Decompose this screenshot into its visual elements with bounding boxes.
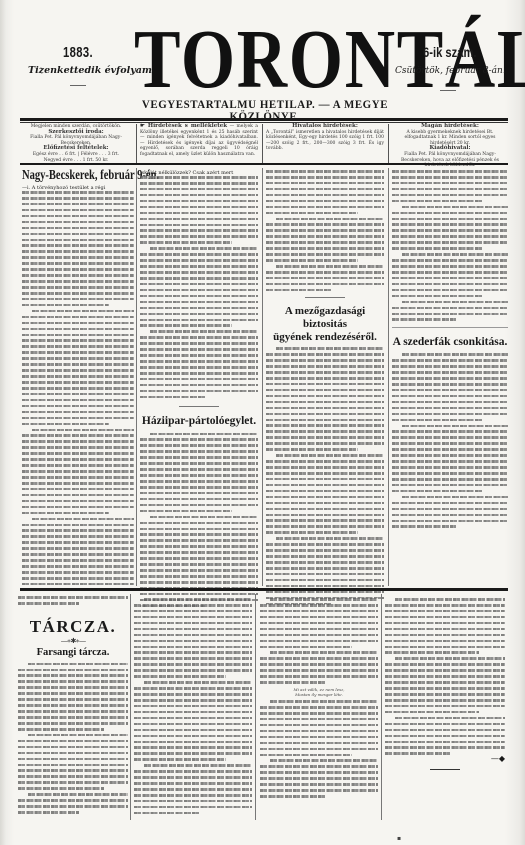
text-line [266, 419, 384, 422]
text-line [402, 425, 508, 428]
text-line [260, 748, 378, 751]
text-line [392, 419, 482, 422]
text-line [140, 444, 258, 447]
text-line [18, 674, 128, 677]
text-line [266, 555, 384, 558]
text-line [134, 699, 252, 702]
text-line [266, 531, 358, 534]
text-line [266, 212, 358, 215]
text-line [385, 640, 505, 643]
text-line [140, 390, 258, 393]
text-line [140, 188, 258, 191]
text-line [392, 520, 508, 523]
text-line [140, 307, 258, 310]
text-line [392, 289, 508, 292]
text-line [260, 765, 378, 768]
text-line [22, 334, 134, 337]
text-line [392, 401, 508, 404]
text-line [18, 686, 128, 689]
text-line [260, 789, 378, 792]
notice-text: — melyek a Közlöny illetékei egyenként 1… [140, 124, 258, 157]
text-line [266, 448, 358, 451]
text-line [266, 200, 384, 203]
text-line [266, 247, 384, 250]
text-line [18, 787, 104, 790]
text-line [22, 417, 134, 420]
text-line [385, 622, 505, 625]
ornament-dash [440, 90, 456, 91]
text-line [266, 413, 384, 416]
text-line [266, 359, 384, 362]
notice-text: Egész évre . . 6 frt. | Félévre . . . 3 … [20, 152, 132, 158]
text-line [144, 681, 252, 684]
column-divider [388, 124, 389, 164]
text-line [22, 351, 134, 354]
text-line [270, 700, 378, 703]
text-line [392, 454, 508, 457]
text-line [266, 525, 384, 528]
text-line [18, 704, 128, 707]
text-line [140, 319, 258, 322]
text-line [22, 440, 134, 443]
text-line [392, 389, 508, 392]
column-divider [388, 168, 389, 586]
text-line [32, 518, 134, 521]
text-line [22, 500, 134, 503]
text-line [134, 782, 252, 785]
text-line [392, 436, 508, 439]
text-line [392, 277, 508, 280]
text-line [18, 758, 128, 761]
verse: Mi azt válik, ez nem lesz, Mostan ily me… [260, 687, 378, 697]
text-line [260, 669, 378, 672]
text-line [266, 591, 384, 594]
text-line [266, 283, 384, 286]
text-line [392, 460, 508, 463]
text-line [140, 569, 258, 572]
text-line [266, 241, 384, 244]
text-line [134, 741, 252, 744]
text-line [140, 241, 232, 244]
text-line [22, 399, 134, 402]
text-line [22, 233, 134, 236]
text-line [134, 735, 252, 738]
feuilleton-column-1: TÁRCZA. —∗✱∗— Farsangi tárcza. [18, 596, 128, 817]
text-line [266, 490, 384, 493]
text-line [392, 448, 508, 451]
text-line [276, 537, 384, 540]
text-line [140, 206, 258, 209]
text-line [22, 322, 134, 325]
text-line [266, 188, 384, 191]
notice-heading: Előfizetési feltételek: [43, 145, 108, 151]
article-body [266, 170, 384, 291]
text-line [276, 347, 384, 350]
text-line [22, 577, 134, 580]
text-line [140, 372, 258, 375]
feuilleton-title: TÁRCZA. [18, 617, 128, 637]
text-line [134, 776, 252, 779]
text-line [22, 583, 134, 586]
text-line [392, 377, 508, 380]
text-line [140, 277, 258, 280]
text-line [266, 436, 384, 439]
text-line [18, 781, 128, 784]
text-line [266, 194, 384, 197]
text-line [22, 369, 134, 372]
text-line [22, 494, 134, 497]
column-divider [262, 124, 263, 164]
text-line [266, 206, 384, 209]
article-column-4: A szederfák csonkitása. [392, 170, 508, 531]
text-line [266, 496, 384, 499]
text-line [392, 259, 508, 262]
text-line [260, 771, 378, 774]
text-line [22, 458, 134, 461]
text-line [392, 383, 508, 386]
text-line [392, 235, 508, 238]
text-line [134, 616, 252, 619]
text-line [150, 330, 258, 333]
text-line [392, 283, 508, 286]
text-line [385, 687, 505, 690]
article-body [18, 596, 128, 605]
text-line [385, 741, 505, 744]
text-line [140, 283, 258, 286]
text-line [140, 342, 258, 345]
text-line [266, 371, 384, 374]
text-line [32, 429, 134, 432]
text-line [134, 687, 252, 690]
text-line [134, 646, 252, 649]
text-line [266, 271, 384, 274]
text-line [134, 669, 252, 672]
text-line [134, 758, 226, 761]
text-line [260, 622, 378, 625]
text-line [266, 424, 384, 427]
text-line [392, 472, 508, 475]
text-line [392, 307, 508, 310]
text-line [22, 292, 134, 295]
text-line [260, 675, 378, 678]
text-line [266, 502, 384, 505]
text-line [18, 769, 128, 772]
text-line [18, 716, 128, 719]
text-line [22, 571, 134, 574]
text-line [140, 545, 258, 548]
text-line [385, 711, 479, 714]
text-line [392, 365, 508, 368]
text-line [140, 593, 258, 596]
text-line [140, 235, 258, 238]
text-line [18, 669, 128, 672]
text-line [140, 354, 258, 357]
text-line [260, 646, 352, 649]
text-line [266, 543, 384, 546]
text-line [140, 522, 258, 525]
text-line [266, 253, 384, 256]
text-line [22, 203, 134, 206]
text-line [134, 812, 199, 815]
text-line [260, 777, 378, 780]
text-line [140, 474, 258, 477]
text-line [385, 693, 505, 696]
text-line [266, 561, 384, 564]
notice-heading: Magán hirdetések: [421, 123, 479, 129]
text-line [140, 224, 258, 227]
text-line [22, 482, 134, 485]
text-line [266, 235, 384, 238]
text-line [22, 345, 134, 348]
text-line [385, 604, 505, 607]
text-line [260, 724, 378, 727]
text-line [385, 634, 505, 637]
text-line [140, 265, 258, 268]
newspaper-page: 1883. Tizenkettedik évfolyam. TORONTÁL. … [0, 0, 525, 845]
text-line [22, 244, 134, 247]
text-line [22, 547, 134, 550]
notice-text: Fialla Pet. Pál könyvnyomdájában Nagy-Be… [392, 152, 508, 169]
text-line [266, 389, 384, 392]
text-line [22, 529, 134, 532]
text-line [392, 371, 508, 374]
text-line [385, 616, 505, 619]
text-line [385, 735, 505, 738]
text-line [18, 775, 128, 778]
text-line [22, 381, 134, 384]
text-line [140, 360, 258, 363]
text-line [385, 651, 479, 654]
text-line [266, 478, 384, 481]
text-line [392, 313, 508, 316]
text-line [22, 405, 134, 408]
text-line [134, 711, 252, 714]
text-line [270, 598, 378, 601]
text-line [266, 579, 384, 582]
text-line [266, 407, 384, 410]
text-line [22, 328, 134, 331]
text-line [260, 754, 352, 757]
text-line [266, 395, 384, 398]
text-line [18, 722, 128, 725]
notice-official: Hivatalos hirdetések: A „Torontál” ismer… [266, 124, 384, 152]
text-line [385, 699, 505, 702]
text-line [18, 680, 128, 683]
text-line [134, 770, 252, 773]
text-line [392, 176, 508, 179]
text-line [134, 628, 252, 631]
text-line [392, 218, 508, 221]
text-line [22, 256, 134, 259]
text-line [22, 375, 134, 378]
article-body [260, 700, 378, 798]
text-line [392, 194, 508, 197]
notice-heading: Hivatalos hirdetések: [292, 123, 358, 129]
separator [179, 406, 219, 407]
section-heading: A mezőgazdasági biztositás ügyének rende… [266, 305, 384, 343]
text-line [402, 253, 508, 256]
text-line [22, 535, 134, 538]
text-line [260, 657, 378, 660]
text-line [276, 218, 384, 221]
text-line [134, 800, 252, 803]
text-line [266, 289, 331, 292]
article-body [140, 176, 258, 398]
text-line [140, 438, 258, 441]
text-line [260, 783, 378, 786]
text-line [150, 247, 258, 250]
text-line [260, 706, 378, 709]
text-line [28, 734, 128, 737]
text-line [18, 799, 128, 802]
text-line [392, 229, 508, 232]
text-line [32, 310, 134, 313]
text-line [140, 200, 258, 203]
end-mark: —◆ [385, 754, 505, 763]
text-line [402, 353, 508, 356]
text-line [392, 247, 482, 250]
text-line [134, 729, 252, 732]
text-line [266, 460, 384, 463]
issue-date: Csütörtök, február 8-án. [395, 66, 506, 76]
text-line [22, 304, 109, 307]
text-line [22, 387, 134, 390]
text-line [260, 628, 378, 631]
issue-number: 6-ik szám. [423, 44, 477, 60]
text-line [392, 188, 508, 191]
text-line [266, 277, 384, 280]
text-line [392, 395, 508, 398]
column-divider [136, 124, 137, 164]
text-line [260, 663, 378, 666]
text-line [22, 470, 134, 473]
ornament-dash [70, 85, 86, 86]
text-line [22, 339, 134, 342]
article-column-2: iskolát nélkülözzek? Csak azért mert Ház… [140, 170, 258, 611]
text-line [22, 316, 134, 319]
text-line [385, 675, 505, 678]
text-line [140, 528, 258, 531]
text-line [22, 524, 134, 527]
text-line [150, 516, 258, 519]
article-body [134, 598, 252, 814]
text-line [266, 223, 384, 226]
text-line [140, 498, 258, 501]
section-heading: Háziipar-pártolóegylet. [140, 415, 258, 428]
text-line [266, 430, 384, 433]
notice-text: A kisebb gyermekeknek hirdetései Bt. elf… [392, 130, 508, 147]
article-body [385, 598, 505, 755]
section-heading-line: ügyének rendezéséről. [266, 331, 384, 344]
text-line [134, 794, 252, 797]
closing-rule [430, 769, 460, 770]
separator [305, 297, 345, 298]
text-line [392, 223, 508, 226]
text-line [266, 466, 384, 469]
text-line [140, 229, 258, 232]
text-line [134, 675, 226, 678]
notice-subscription: Megjelen minden szerdán, csütörtökön. Sz… [20, 124, 132, 163]
text-line [22, 476, 134, 479]
text-line [140, 492, 258, 495]
text-line [266, 229, 384, 232]
text-line [402, 301, 508, 304]
feuilleton-column-2 [134, 598, 252, 818]
text-line [140, 563, 258, 566]
text-line [402, 206, 508, 209]
notice-heading: Hirdetések s mellékletek [148, 123, 227, 129]
text-line [140, 486, 258, 489]
notice-heading: Kiadóhivatal: [429, 145, 470, 151]
text-line [392, 212, 508, 215]
text-line [22, 393, 134, 396]
text-line [140, 450, 258, 453]
column-divider [381, 594, 382, 820]
text-line [260, 718, 378, 721]
text-line [140, 510, 232, 513]
text-line [392, 478, 508, 481]
text-line [134, 640, 252, 643]
text-line [140, 468, 258, 471]
text-line [18, 728, 104, 731]
text-line [260, 712, 378, 715]
text-line [140, 551, 258, 554]
text-line [28, 793, 128, 796]
article-column-3: A mezőgazdasági biztositás ügyének rende… [266, 170, 384, 609]
text-line [134, 634, 252, 637]
text-line [392, 484, 508, 487]
text-line [260, 616, 378, 619]
text-line [140, 575, 258, 578]
text-line [22, 446, 134, 449]
text-line [385, 705, 505, 708]
text-line [385, 723, 505, 726]
text-line [385, 610, 505, 613]
text-line [276, 454, 384, 457]
text-line [392, 490, 482, 493]
text-line [140, 462, 258, 465]
text-line [22, 452, 134, 455]
text-line [22, 191, 134, 194]
text-line [266, 170, 384, 173]
text-line [134, 806, 252, 809]
text-line [140, 271, 258, 274]
text-line [392, 241, 508, 244]
text-line [266, 472, 384, 475]
text-line [18, 692, 128, 695]
text-line [140, 336, 258, 339]
text-line [392, 442, 508, 445]
text-line [140, 396, 205, 399]
text-line [22, 506, 134, 509]
text-line [22, 286, 134, 289]
text-line [140, 504, 258, 507]
text-line [392, 466, 508, 469]
text-line [395, 657, 505, 660]
text-line [392, 318, 456, 321]
text-line [266, 484, 384, 487]
text-line [140, 533, 258, 536]
feuilleton-column-4: —◆ [385, 598, 505, 770]
text-line [22, 227, 134, 230]
text-line [134, 746, 252, 749]
column-divider [262, 168, 263, 586]
text-line [22, 357, 134, 360]
article-body [140, 433, 258, 608]
text-line [266, 383, 384, 386]
text-line [22, 215, 134, 218]
text-line [134, 657, 252, 660]
